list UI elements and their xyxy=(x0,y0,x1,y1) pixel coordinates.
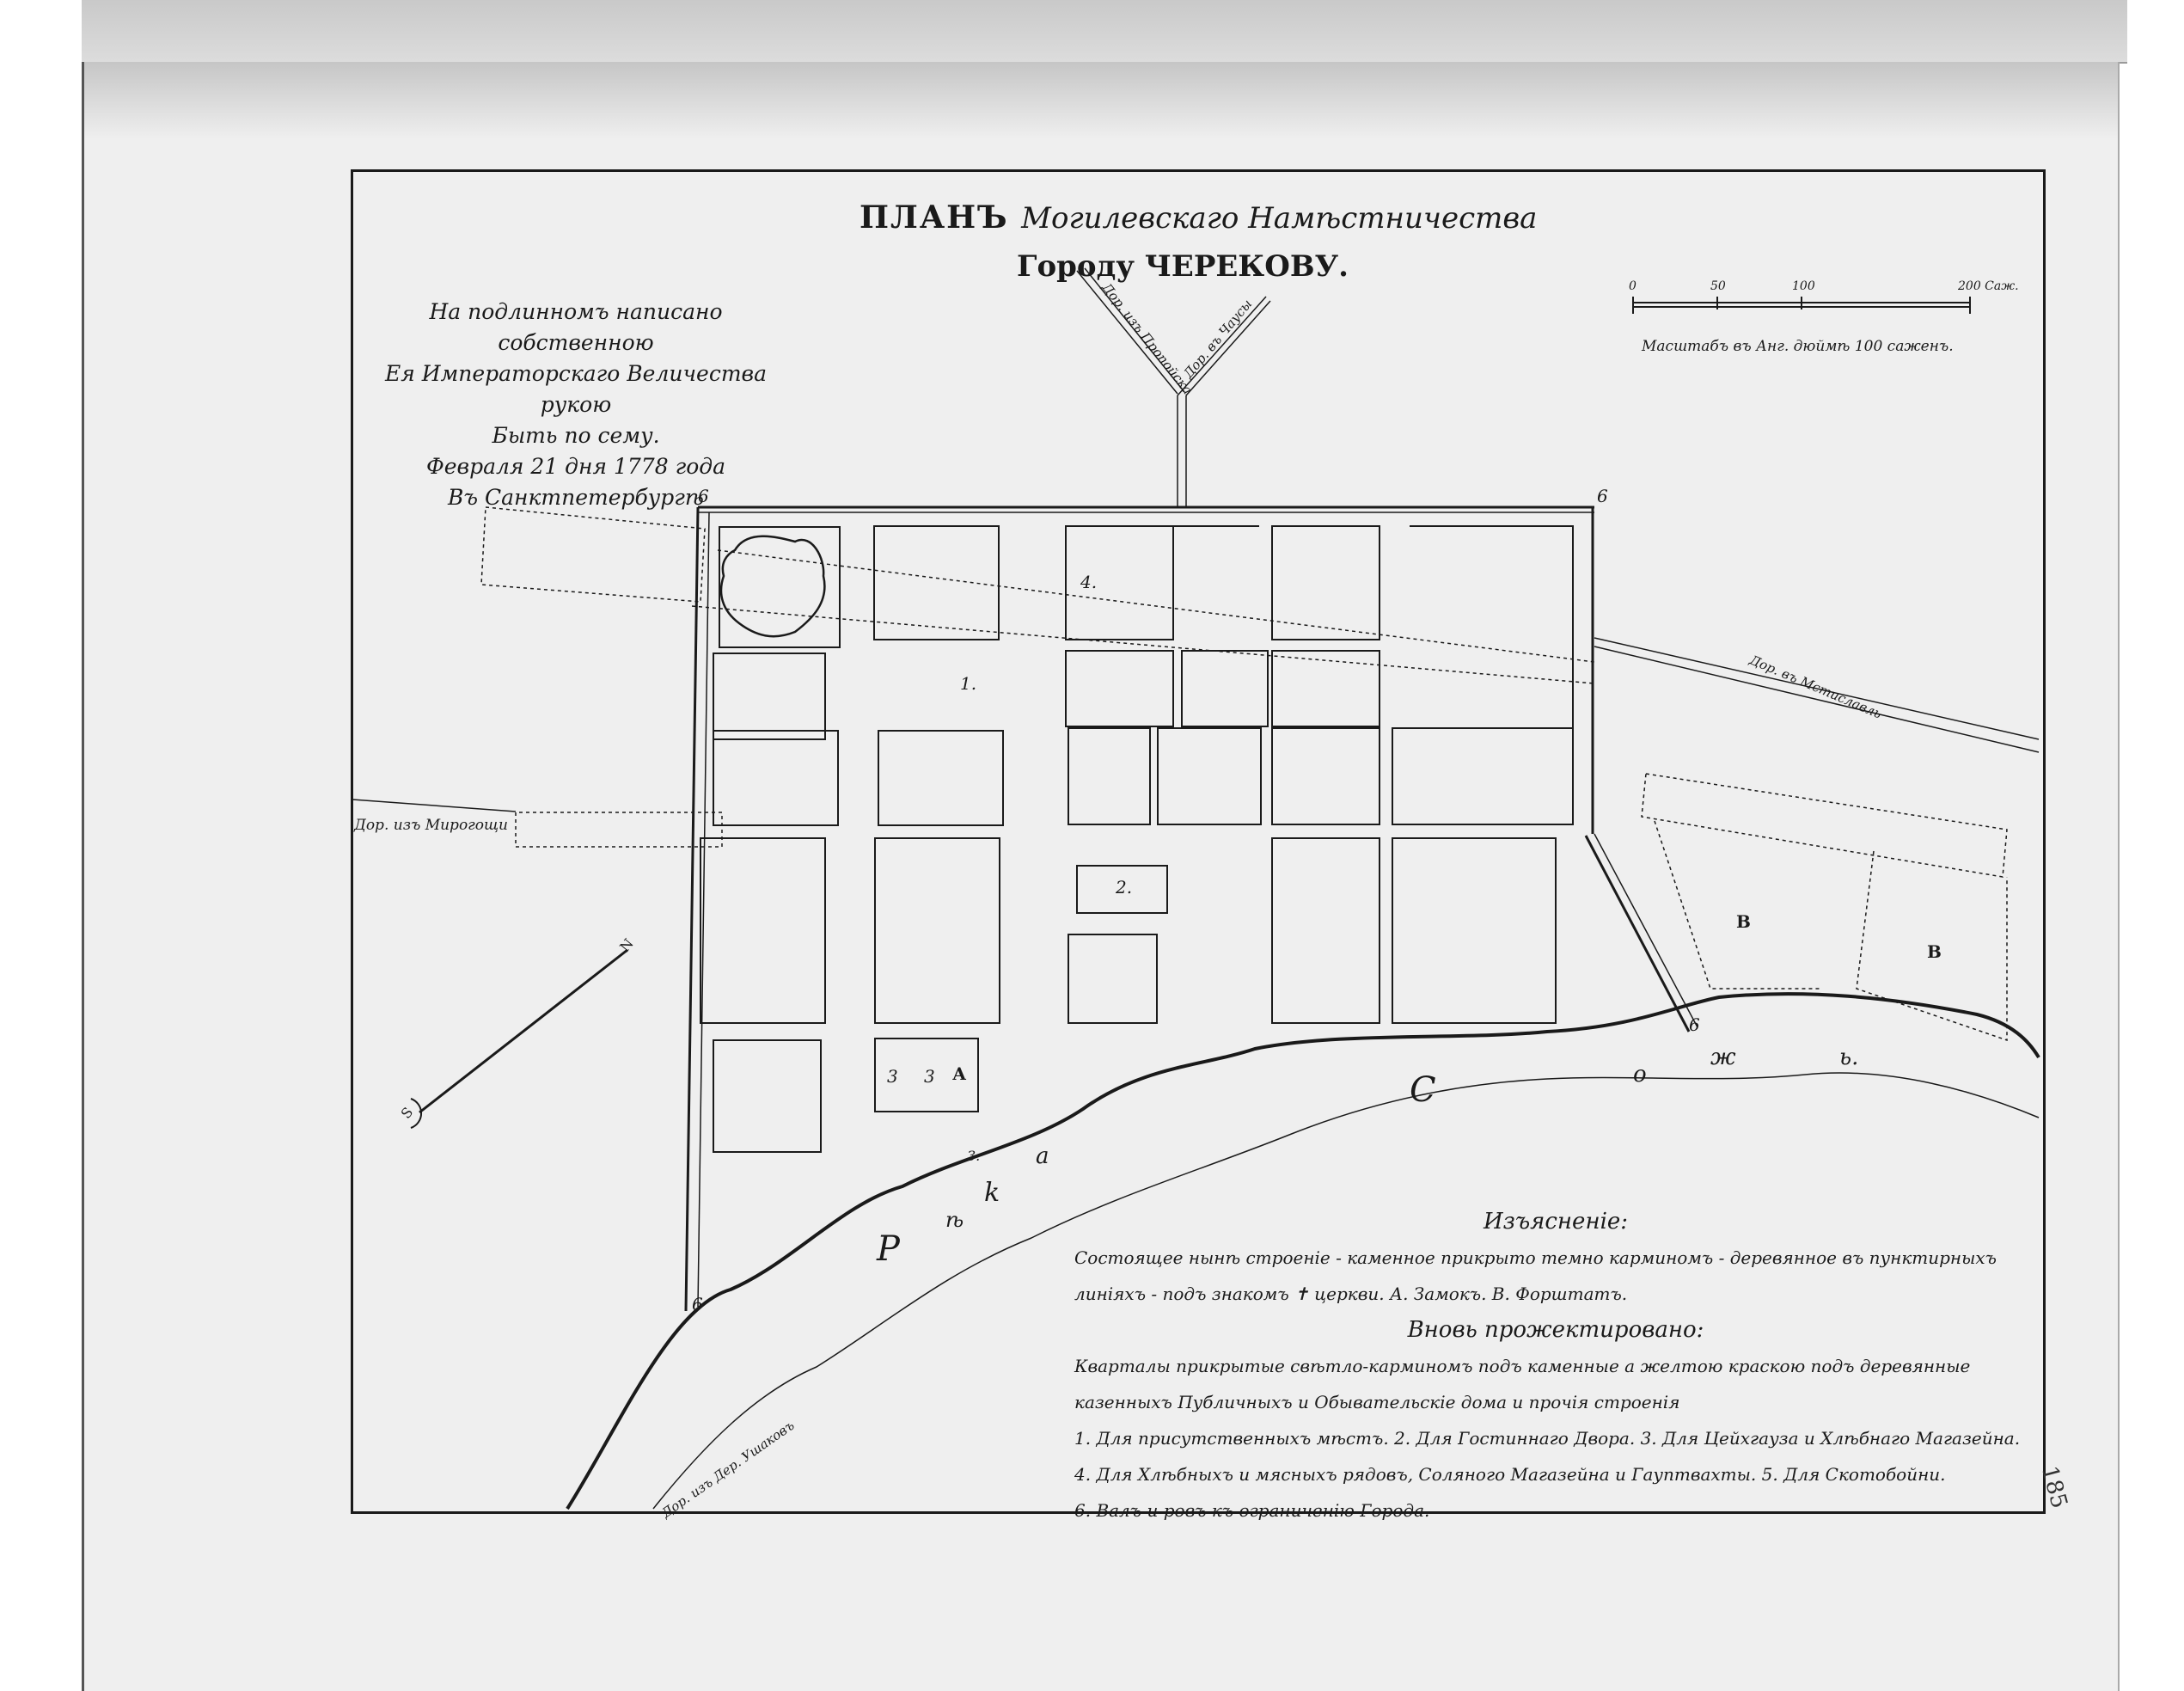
pond xyxy=(721,536,824,636)
legend-explanation: Изъясненіе: Состоящее нынѣ строеніе - ка… xyxy=(1074,1204,2037,1529)
legend-projected-blocks: Кварталы прикрытые свѣтло-карминомъ подъ… xyxy=(1074,1348,2037,1420)
river-letter: Р xyxy=(877,1229,900,1269)
river-letter: ѣ xyxy=(945,1208,964,1232)
legend-heading: Изъясненіе: xyxy=(1074,1204,2037,1240)
river-letter: а xyxy=(1036,1143,1049,1169)
decree-line: На подлинномъ написано собственною xyxy=(370,297,782,358)
decree-line: Ея Императорскаго Величества рукою xyxy=(370,358,782,420)
scale-tick: 200 Саж. xyxy=(1958,279,2019,293)
decree-date: Февраля 21 дня 1778 года xyxy=(370,451,782,482)
river-letter: ь. xyxy=(1839,1045,1858,1070)
river-letter: о xyxy=(1633,1062,1647,1088)
label-5-slaughterhouse: 3. xyxy=(967,1148,980,1164)
label-3-arsenal: 3 xyxy=(887,1066,898,1087)
legend-rampart: 6. Валъ и ровъ къ ограниченію Города. xyxy=(1074,1492,2037,1529)
legend-existing: Состоящее нынѣ строеніе - каменное прикр… xyxy=(1074,1240,2037,1312)
map-title: ПЛАНЪ Могилевскаго Намѣстничества xyxy=(860,199,1537,236)
label-B-forshtat: В xyxy=(1927,941,1942,962)
label-4-market-rows: 4. xyxy=(1080,572,1097,592)
compass-needle xyxy=(411,950,627,1128)
legend-heading-projected: Вновь прожектировано: xyxy=(1074,1312,2037,1348)
label-1-government-offices: 1. xyxy=(960,673,976,694)
existing-wooden-buildings xyxy=(481,507,2007,1040)
label-3-granary: 3 xyxy=(924,1066,935,1087)
decree-line: Быть по сему. xyxy=(370,420,782,451)
legend-numbered-items: 1. Для присутственныхъ мѣстъ. 2. Для Гос… xyxy=(1074,1420,2037,1492)
label-6-rampart: 6 xyxy=(692,1294,703,1314)
label-A-castle: А xyxy=(952,1063,966,1084)
road-label-mirogoshchi: Дор. изъ Мирогощи xyxy=(354,817,508,834)
city-blocks xyxy=(700,526,1573,1152)
scale-tick: 50 xyxy=(1710,279,1726,293)
river-letter: k xyxy=(984,1178,1000,1208)
label-2-gostiny-dvor: 2. xyxy=(1116,877,1132,898)
scale-tick: 100 xyxy=(1792,279,1815,293)
rampart-6 xyxy=(686,507,1698,1311)
label-6-rampart: 6 xyxy=(698,486,709,506)
label-6-rampart: 6 xyxy=(1689,1014,1700,1035)
label-6-rampart: 6 xyxy=(1597,486,1608,506)
river-letter: С xyxy=(1410,1070,1436,1110)
scale-bar xyxy=(1633,297,1970,314)
label-B-forshtat: В xyxy=(1736,911,1751,932)
river-letter: ж xyxy=(1710,1045,1736,1070)
scale-caption: Масштабъ въ Анг. дюймѣ 100 саженъ. xyxy=(1642,338,1954,355)
scale-tick: 0 xyxy=(1629,279,1636,293)
decree-place: Въ Санктпетербургѣ xyxy=(370,482,782,513)
map-subtitle: Городу ЧЕРЕКОВУ. xyxy=(1017,249,1349,284)
imperial-decree: На подлинномъ написано собственною Ея Им… xyxy=(370,297,782,513)
